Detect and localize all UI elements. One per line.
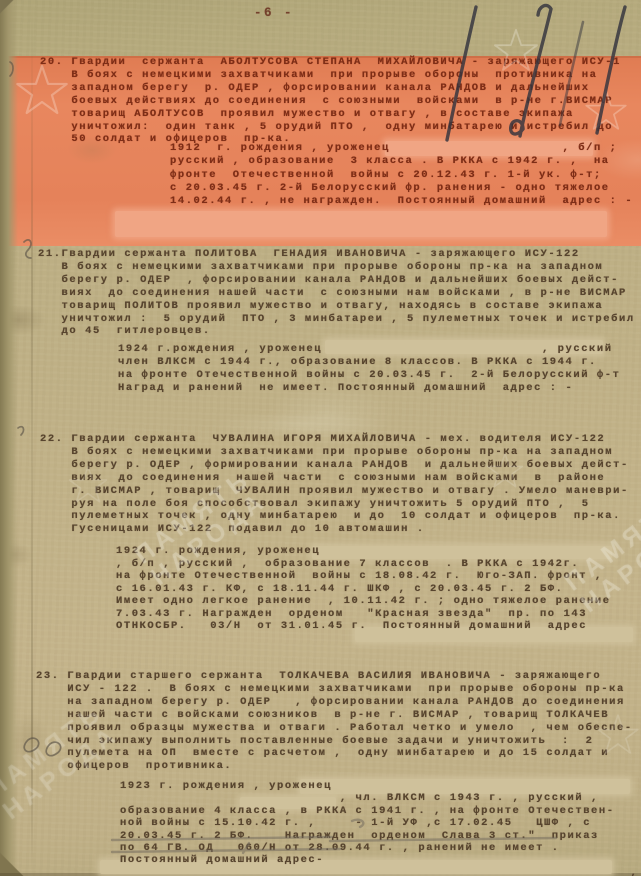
entry-22-citation: 22. Гвардии сержанта ЧУВАЛИНА ИГОРЯ МИХА… — [40, 433, 629, 536]
typed-line: , чл. ВЛКСМ с 1943 г. , русский , — [120, 792, 638, 804]
typed-line: с 16.01.43 г. КФ, с 18.11.44 г. ШКФ , с … — [116, 583, 611, 596]
typed-line: В боях с немецкими захватчиками при прор… — [38, 261, 635, 274]
typed-line: 22. Гвардии сержанта ЧУВАЛИНА ИГОРЯ МИХА… — [40, 433, 629, 446]
typed-line: Постоянный домашний адрес- — [120, 854, 638, 866]
typed-line: фронте Отечественной войны с 20.12.43 г.… — [170, 169, 633, 182]
typed-line: 1923 г. рождения , уроженец — [120, 780, 638, 792]
typed-line: 20. Гвардии сержанта АБОЛТУСОВА СТЕПАНА … — [40, 56, 621, 69]
typed-line: пулемета на ОП вместе с расчетом , одну … — [36, 747, 633, 760]
typed-line: офицеров противника. — [36, 760, 633, 773]
typed-line: русский , образование 3 класса . В РККА … — [170, 155, 633, 168]
typed-line: ИСУ - 122 . В боях с немецкими захватчик… — [36, 683, 633, 696]
typed-line: на фронте Отечественной войны с 20.03.45… — [118, 369, 620, 382]
typed-line: В боях с немецкими захватчиками при прор… — [40, 69, 621, 82]
entry-22-bio: 1924 г. рождения, уроженец, б/п , русски… — [116, 545, 611, 633]
typed-line: Гусеницами ИСУ-122 подавил до 10 автомаш… — [40, 523, 629, 536]
entry-20-citation: 20. Гвардии сержанта АБОЛТУСОВА СТЕПАНА … — [40, 56, 621, 146]
entry-23-bio: 1923 г. рождения , уроженец , чл. ВЛКСМ … — [120, 780, 638, 876]
typed-line: 1924 г. рождения, уроженец — [116, 545, 611, 558]
typed-line: виях до соединения нашей части с союзным… — [40, 472, 629, 485]
typed-line: уничтожил : 5 орудий ПТО , 3 минбатареи … — [38, 313, 635, 326]
typed-line: товарищ ПОЛИТОВ проявил мужество и отваг… — [38, 300, 635, 313]
typed-line: уничтожил: один танк , 5 орудий ПТО , од… — [40, 121, 621, 134]
typed-line: пулеметных точек , одну минбатарею и до … — [40, 510, 629, 523]
entry-20-bio: 1912 г. рождения , уроженец , б/п ;русск… — [170, 142, 633, 208]
page-number: -6 - — [254, 6, 294, 20]
typed-line: образование 4 класса , в РККА с 1941 г. … — [120, 805, 638, 817]
typed-line: берегу р. ОДЕР , формировании канала РАН… — [40, 459, 629, 472]
typed-line: проявил образцы мужества и отваги . Рабо… — [36, 722, 633, 735]
typed-line: 1912 г. рождения , уроженец , б/п ; — [170, 142, 633, 155]
document-page: -6 - 20. Гвардии сержанта АБОЛТУСОВА СТЕ… — [0, 0, 641, 876]
typed-line: по 64 ГВ. ОД 060/Н от 28.09.44 г. , ране… — [120, 842, 638, 854]
entry-23-citation: 23. Гвардии старшего сержанта ТОЛКАЧЕВА … — [36, 670, 633, 773]
typed-line: с 20.03.45 г. 2-й Белорусский фр. ранени… — [170, 182, 633, 195]
typed-line: ной войны с 15.10.42 г. , - 1-й УФ ,с 17… — [120, 817, 638, 829]
corner-shadow-top-left — [0, 0, 42, 52]
typed-line: 1924 г.рождения , уроженец , русский — [118, 343, 620, 356]
typed-line: член ВЛКСМ с 1944 г., образование 8 клас… — [118, 356, 620, 369]
typed-line: до 45 гитлеровцев. — [38, 325, 635, 338]
typed-line: 20.03.45 г. 2 БФ. Награжден орденом Слав… — [120, 830, 638, 842]
typed-line: 14.02.44 г. , не награжден. Постоянный д… — [170, 195, 633, 208]
typed-line: , б/п , русский , образование 7 классов … — [116, 558, 611, 571]
typed-line: берегу р. ОДЕР , форсировании канала РАН… — [38, 274, 635, 287]
typed-line: 7.03.43 г. Награжден орденом "Красная зв… — [116, 608, 611, 621]
typed-line: Имеет одно легкое ранение , 10.11.42 г. … — [116, 595, 611, 608]
typed-line: руя на поле боя способствовал экипажу ун… — [40, 498, 629, 511]
typed-line: виях до соединения нашей части с союзным… — [38, 287, 635, 300]
entry-21-bio: 1924 г.рождения , уроженец , русскийчлен… — [118, 343, 620, 395]
typed-line: на западном берегу р. ОДЕР , форсировани… — [36, 696, 633, 709]
typed-line: на фронте Отечественной войны с 18.08.42… — [116, 570, 611, 583]
typed-line: боевых действиях до соединения с союзным… — [40, 95, 621, 108]
typed-line: 21.Гвардии сержанта ПОЛИТОВА ГЕНАДИЯ ИВА… — [38, 248, 635, 261]
typed-line: , — [120, 867, 638, 876]
typed-line: чил экипажу выполнить поставленные боевы… — [36, 735, 633, 748]
typed-line: В боях с немецкими захватчиками при прор… — [40, 446, 629, 459]
typed-line: 23. Гвардии старшего сержанта ТОЛКАЧЕВА … — [36, 670, 633, 683]
typed-line: нашей части с войсками союзников в р-не … — [36, 709, 633, 722]
typed-line: ОТНКОСБР. 03/Н от 31.01.45 г. Постоянный… — [116, 620, 611, 633]
typed-line: г. ВИСМАР , товарищ ЧУВАЛИН проявил муже… — [40, 485, 629, 498]
typed-line: товарищ АБОЛТУСОВ проявил мужество и отв… — [40, 108, 621, 121]
entry-21-citation: 21.Гвардии сержанта ПОЛИТОВА ГЕНАДИЯ ИВА… — [38, 248, 635, 338]
corner-shadow-bottom-left — [0, 834, 95, 876]
typed-line: западном берегу р. ОДЕР , форсировании к… — [40, 82, 621, 95]
typed-line: Наград и ранений не имеет. Постоянный до… — [118, 382, 620, 395]
